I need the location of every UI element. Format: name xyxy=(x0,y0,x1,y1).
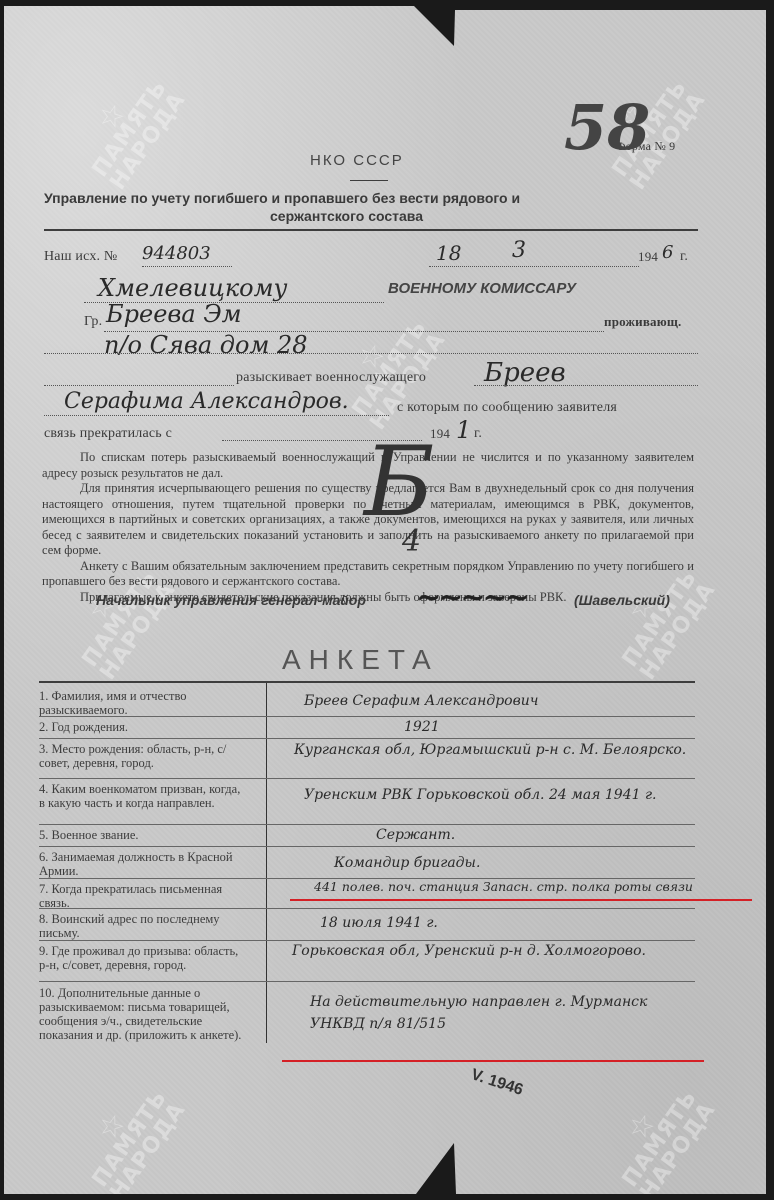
form-row-1-label: 1. Фамилия, имя и отчество разыскиваемог… xyxy=(39,689,244,717)
date-month: 3 xyxy=(512,238,526,263)
form-row-7-label: 7. Когда прекратилась письменная связь. xyxy=(39,882,244,910)
form-row-8-label: 8. Воинский адрес по последнему письму. xyxy=(39,912,244,940)
lost-year-g: г. xyxy=(474,426,482,442)
header-divider xyxy=(44,229,698,231)
form-row-5-divider xyxy=(39,846,695,847)
form-row-9-divider xyxy=(39,981,695,982)
soldier-name-line xyxy=(44,415,389,416)
address-handwritten: п/о Сява дом 28 xyxy=(104,331,308,359)
form-row-10-label: 10. Дополнительные данные о разыскиваемо… xyxy=(39,986,244,1042)
date-year-suffix: 6 xyxy=(662,242,673,263)
form-row-2-divider xyxy=(39,738,695,739)
form-row-1-value: Бреев Серафим Александрович xyxy=(304,692,734,711)
form-row-8-value: 18 июля 1941 г. xyxy=(320,914,750,933)
form-row-3-divider xyxy=(39,778,695,779)
outgoing-line xyxy=(142,266,232,267)
date-day: 18 xyxy=(436,241,461,265)
form-title: АНКЕТА xyxy=(282,644,439,676)
margin-mark-b: Б xyxy=(364,426,435,538)
org-short: НКО СССР xyxy=(310,152,404,169)
handwritten-number: 58 xyxy=(564,91,650,164)
watermark-top-left: ☆ПАМЯТЬНАРОДА xyxy=(71,64,190,194)
date-year-g: г. xyxy=(680,249,688,265)
citizen-handwritten: Бреева Эм xyxy=(106,300,242,328)
margin-mark-4: 4 xyxy=(402,524,421,559)
org-full-line1: Управление по учету погибшего и пропавше… xyxy=(44,190,520,206)
highlight-line-row-10 xyxy=(282,1060,704,1062)
form-top-rule xyxy=(39,681,695,683)
form-row-8-divider xyxy=(39,940,695,941)
received-stamp: V. 1946 xyxy=(469,1066,526,1100)
outgoing-number: 944803 xyxy=(142,243,211,264)
searching-line-right xyxy=(474,385,698,386)
signature-scribble: ~~~~~ xyxy=(416,580,527,615)
form-column-divider xyxy=(266,683,267,1043)
citizen-label: Гр. xyxy=(84,314,102,330)
contact-label: с которым по сообщению заявителя xyxy=(397,400,617,416)
signature-name: (Шавельский) xyxy=(574,592,670,608)
date-line xyxy=(429,266,639,267)
form-row-2-label: 2. Год рождения. xyxy=(39,720,244,734)
form-row-7-value: 441 полев. поч. станция Запасн. стр. пол… xyxy=(314,880,754,894)
address-line xyxy=(44,353,698,354)
form-row-1-divider xyxy=(39,716,695,717)
form-row-6-value: Командир бригады. xyxy=(334,854,764,873)
form-row-3-label: 3. Место рождения: область, р-н, с/совет… xyxy=(39,742,244,770)
residing-label: проживающ. xyxy=(604,314,682,330)
addressee-handwritten: Хмелевицкому xyxy=(98,274,287,302)
form-row-4-label: 4. Каким военкоматом призван, когда, в к… xyxy=(39,782,244,810)
form-row-6-label: 6. Занимаемая должность в Красной Армии. xyxy=(39,850,244,878)
form-row-7-divider xyxy=(39,908,695,909)
soldier-surname: Бреев xyxy=(484,358,566,388)
lost-contact-label: связь прекратилась с xyxy=(44,426,172,442)
org-short-underline xyxy=(350,180,388,181)
highlight-line-row-7 xyxy=(290,899,752,901)
form-row-9-label: 9. Где проживал до призыва: область, р-н… xyxy=(39,944,244,972)
paragraph-3: Анкету с Вашим обязательным заключением … xyxy=(42,559,694,590)
form-row-4-divider xyxy=(39,824,695,825)
watermark-bottom-left: ☆ПАМЯТЬНАРОДА xyxy=(71,1074,190,1200)
addressee-print: ВОЕННОМУ КОМИССАРУ xyxy=(388,280,576,297)
searching-line-left xyxy=(44,385,234,386)
soldier-name: Серафима Александров. xyxy=(64,389,349,414)
form-row-10-value: На действительную направлен г. Мурманск … xyxy=(310,991,690,1035)
form-row-3-value: Курганская обл, Юргамышский р-н с. М. Бе… xyxy=(294,741,704,760)
lost-year-handwritten: 1 xyxy=(456,416,471,444)
form-row-5-value: Сержант. xyxy=(376,826,774,845)
form-row-4-value: Уренским РВК Горьковской обл. 24 мая 194… xyxy=(304,786,684,805)
org-full-line2: сержантского состава xyxy=(270,208,423,224)
form-row-9-value: Горьковская обл, Уренский р-н д. Холмого… xyxy=(292,942,692,961)
document-page: ☆ПАМЯТЬНАРОДА ☆ПАМЯТЬНАРОДА ☆ПАМЯТЬНАРОД… xyxy=(4,6,766,1194)
date-year-prefix: 194 xyxy=(638,249,658,265)
signature-title: Начальник управления генерал-майор xyxy=(96,592,366,608)
form-row-5-label: 5. Военное звание. xyxy=(39,828,244,842)
form-row-2-value: 1921 xyxy=(404,718,774,737)
outgoing-label: Наш исх. № xyxy=(44,249,117,265)
searching-label: разыскивает военнослужащего xyxy=(236,370,426,386)
watermark-bottom-right: ☆ПАМЯТЬНАРОДА xyxy=(601,1074,720,1200)
